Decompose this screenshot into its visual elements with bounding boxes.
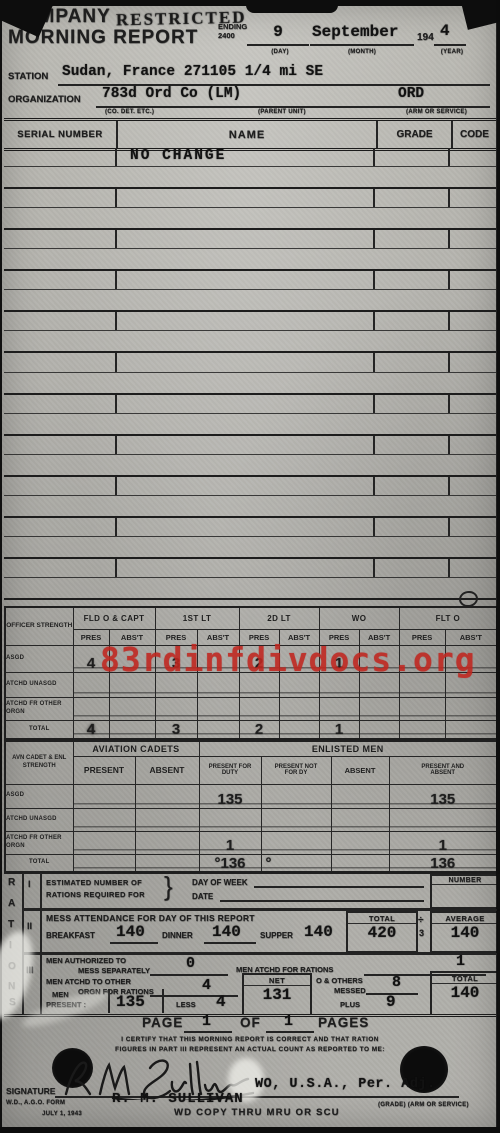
ending-time: 2400	[218, 31, 235, 40]
rations-letter: A	[8, 898, 15, 909]
month-underline	[310, 44, 414, 46]
wd-copy-note: WD COPY THRU MRU OR SCU	[174, 1107, 340, 1118]
mess-total-label: TOTAL	[348, 913, 416, 924]
year-underline	[434, 44, 466, 46]
officer-row-total: TOTAL 4 3 2 1	[5, 720, 497, 739]
col-group-fldo-capt: FLD O & CAPT	[73, 607, 155, 629]
roster-empty-row	[4, 477, 496, 518]
col-cadet-present: PRESENT	[73, 756, 135, 784]
net-value: 131	[244, 986, 310, 1004]
col-group-flt-o: FLT O	[399, 607, 497, 629]
col-group-enlisted-men: ENLISTED MEN	[199, 741, 497, 756]
breakfast-label: BREAKFAST	[46, 931, 95, 940]
rations-total-value: 140	[432, 984, 498, 1002]
organization-underline	[96, 106, 490, 108]
number-label: NUMBER	[432, 876, 498, 885]
roster-empty-row	[4, 312, 496, 353]
day-of-week-label: DAY OF WEEK	[192, 878, 248, 887]
page-label: PAGE	[142, 1015, 183, 1030]
section-numeral-1: I	[28, 879, 31, 889]
pages-label: PAGES	[318, 1015, 369, 1030]
rations-total-box: TOTAL 140	[430, 971, 500, 1015]
day-value: 9	[250, 23, 306, 41]
station-value: Sudan, France 271105 1/4 mi SE	[62, 64, 323, 80]
men-label: MEN	[52, 990, 69, 999]
page-value: 1	[202, 1013, 211, 1030]
rations-total-label: TOTAL	[432, 973, 498, 984]
station-label: STATION	[8, 71, 48, 82]
col-group-1st-lt: 1ST LT	[155, 607, 239, 629]
col-present-and-absent: PRESENT AND ABSENT	[389, 756, 497, 784]
roster-empty-row	[4, 271, 496, 312]
col-code: CODE	[451, 121, 496, 148]
cadet-title: AVN CADET & ENL STRENGTH	[5, 741, 73, 784]
col-group-2d-lt: 2D LT	[239, 607, 319, 629]
plus-label: PLUS	[340, 1000, 360, 1009]
parent-unit-caption: (PARENT UNIT)	[258, 109, 306, 115]
divide-sign: ÷	[418, 915, 424, 926]
roster-header-row: SERIAL NUMBER NAME GRADE CODE	[4, 118, 496, 151]
cadet-row-asgd: ASGD 135 135	[5, 784, 497, 808]
supper-label: SUPPER	[260, 931, 293, 940]
col-serial-number: SERIAL NUMBER	[4, 129, 116, 140]
others-value: 8	[392, 974, 401, 991]
cadet-row-atchd-unasgd: ATCHD UNASGD	[5, 808, 497, 831]
typed-name: R. M. SULLIVAN	[112, 1091, 244, 1107]
morning-report-scan: COMPANY RESTRICTED MORNING REPORT ENDING…	[0, 0, 500, 1133]
col-present-not-for-duty: PRESENT NOT FOR DY	[261, 756, 331, 784]
supper-value: 140	[304, 923, 333, 941]
form-number: W.D., A.G.O. FORM	[6, 1100, 65, 1106]
breakfast-value: 140	[116, 923, 145, 941]
rations-letter: R	[8, 877, 15, 888]
signature-label: SIGNATURE	[6, 1086, 55, 1096]
roster-body: NO CHANGE	[4, 148, 496, 600]
less-label: LESS	[176, 1000, 196, 1009]
roster-empty-row	[4, 353, 496, 394]
estimated-line2: RATIONS REQUIRED FOR	[46, 890, 145, 899]
officer-strength-title: OFFICER STRENGTH	[5, 607, 73, 645]
col-grade: GRADE	[378, 129, 451, 140]
year-typed: 4	[440, 22, 450, 40]
of-label: OF	[240, 1015, 261, 1030]
roster-empty-row	[4, 395, 496, 436]
average-box: AVERAGE 140	[430, 911, 500, 953]
signature-grade: WO, U.S.A., Per. Adj.	[255, 1077, 436, 1092]
auth-line2: MESS SEPARATELY	[78, 966, 150, 975]
pages-value: 1	[284, 1013, 293, 1030]
cadet-row-atchd-fr-other: ATCHD FR OTHER ORGN 1 1	[5, 831, 497, 854]
col-cadet-absent: ABSENT	[135, 756, 199, 784]
col-group-aviation-cadets: AVIATION CADETS	[73, 741, 199, 756]
ending-label: ENDING	[218, 22, 247, 31]
watermark: 83rdinfdivdocs.org	[100, 640, 476, 679]
auth-line1: MEN AUTHORIZED TO	[46, 956, 126, 965]
atchd-rations-value: 1	[456, 953, 465, 970]
roster-empty-row	[4, 518, 496, 559]
estimated-line1: ESTIMATED NUMBER OF	[46, 878, 142, 887]
month-value: September	[312, 23, 412, 41]
men-present-value: 135	[116, 993, 145, 1011]
roster-entry-block: NO CHANGE	[4, 148, 496, 189]
number-box: NUMBER	[430, 874, 500, 909]
col-group-wo: WO	[319, 607, 399, 629]
atchd-other-value: 4	[202, 977, 211, 994]
scan-edge-bottom	[0, 1127, 500, 1133]
month-caption: (MONTH)	[332, 49, 392, 55]
dinner-value: 140	[212, 923, 241, 941]
others-line2: MESSED	[334, 986, 366, 995]
divide-by: 3	[419, 928, 424, 938]
arm-value: ORD	[398, 86, 424, 102]
average-value: 140	[432, 924, 498, 942]
col-enlisted-absent: ABSENT	[331, 756, 389, 784]
cadet-enlisted-table: AVN CADET & ENL STRENGTH AVIATION CADETS…	[4, 740, 498, 874]
year-caption: (YEAR)	[430, 49, 474, 55]
mess-total-box: TOTAL 420	[346, 911, 418, 953]
day-underline	[247, 44, 309, 46]
section-numeral-2: II	[27, 921, 32, 931]
roster-empty-row	[4, 559, 496, 600]
cadet-row-total: TOTAL °136° 136	[5, 854, 497, 873]
date-line	[220, 900, 424, 902]
plus-value: 9	[386, 993, 396, 1011]
day-of-week-line	[254, 886, 424, 888]
dinner-label: DINNER	[162, 931, 193, 940]
arm-service-caption: (ARM OR SERVICE)	[406, 109, 467, 115]
brace: }	[164, 871, 173, 902]
year-printed: 194	[417, 32, 434, 43]
mess-title: MESS ATTENDANCE FOR DAY OF THIS REPORT	[46, 913, 255, 923]
co-det-caption: (CO. DET. ETC.)	[105, 109, 154, 115]
rations-letter: T	[8, 919, 14, 930]
form-date: JULY 1, 1943	[42, 1111, 82, 1117]
col-present-for-duty: PRESENT FOR DUTY	[199, 756, 261, 784]
roster-empty-row	[4, 230, 496, 271]
officer-row-atchd-fr-other: ATCHD FR OTHER ORGN	[5, 697, 497, 720]
scan-edge-blob	[246, 0, 338, 13]
mess-total-value: 420	[348, 924, 416, 942]
organization-value: 783d Ord Co (LM)	[102, 86, 241, 102]
grade-arm-caption: (GRADE) (ARM OR SERVICE)	[378, 1102, 469, 1108]
roster-empty-row	[4, 189, 496, 230]
average-label: AVERAGE	[432, 913, 498, 924]
roster-empty-row	[4, 436, 496, 477]
organization-label: ORGANIZATION	[8, 94, 81, 105]
less-value: 4	[216, 993, 226, 1011]
certify-line1: I CERTIFY THAT THIS MORNING REPORT IS CO…	[0, 1036, 500, 1043]
net-box: NET 131	[242, 973, 312, 1015]
auth-value: 0	[186, 955, 195, 972]
scan-edge-right	[496, 0, 500, 1133]
date-label: DATE	[192, 892, 213, 901]
others-line1: O & OTHERS	[316, 976, 363, 985]
atchd-other-line1: MEN ATCHD TO OTHER	[46, 977, 131, 986]
roster-entry: NO CHANGE	[130, 148, 226, 164]
col-name: NAME	[116, 121, 378, 148]
day-caption: (DAY)	[258, 49, 302, 55]
net-label: NET	[244, 975, 310, 986]
